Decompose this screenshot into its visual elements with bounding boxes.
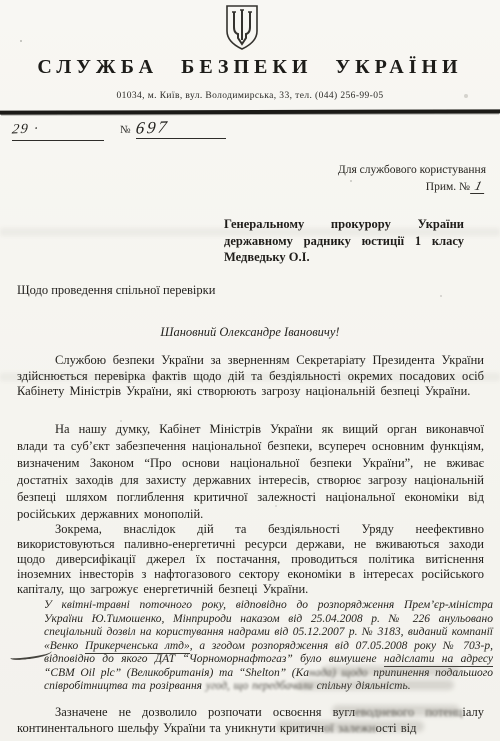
organization-name: СЛУЖБА БЕЗПЕКИ УКРАЇНИ — [0, 56, 500, 79]
addressee-line-name: Медведьку О.І. — [224, 249, 464, 266]
handwritten-date: 29 · — [11, 122, 40, 139]
classification-block: Для службового користування Прим. №1 — [338, 163, 486, 195]
subject-line: Щодо проведення спільної перевірки — [17, 283, 215, 298]
addressee-line-title: Генеральному прокурору України — [224, 216, 464, 233]
text-segment: Прикерченська лтд» — [85, 640, 190, 654]
scan-smudge — [296, 680, 454, 690]
handwritten-number-field: 697 — [136, 118, 226, 139]
text-segment: “CBM Oil plc” (Великобританія) та “Shelt… — [44, 667, 309, 679]
body-paragraph-1: Службою безпеки України за зверненням Се… — [17, 353, 484, 400]
text-segment: Зазначене не дозволило розпочати освоєнн… — [55, 705, 355, 719]
text-segment: надіслати на адресу — [384, 653, 493, 667]
body-paragraph-3: Зокрема, внаслідок дій та бездіяльності … — [17, 522, 484, 597]
body-paragraph-2: На нашу думку, Кабінет Міністрів України… — [17, 421, 484, 523]
handwritten-copy-number: 1 — [470, 178, 488, 194]
copy-label: Прим. № — [426, 181, 470, 193]
copy-number-line: Прим. №1 — [338, 178, 486, 195]
ukraine-trident-emblem-icon — [219, 4, 265, 52]
scan-smudge — [332, 705, 460, 716]
number-sign: № — [120, 124, 131, 136]
reference-line: 29 ·№697 — [12, 118, 226, 141]
restriction-label: Для службового користування — [338, 163, 486, 178]
addressee-block: Генеральному прокурору України державном… — [224, 216, 464, 266]
handwritten-date-field: 29 · — [12, 121, 104, 141]
addressee-line-rank: державному раднику юстиції 1 класу — [224, 233, 464, 250]
scan-smudge — [322, 666, 460, 676]
scanned-letter-page: СЛУЖБА БЕЗПЕКИ УКРАЇНИ 01034, м. Київ, в… — [0, 0, 500, 741]
scan-smudge — [276, 721, 424, 732]
letterhead-divider-line — [0, 109, 500, 114]
letterhead-address: 01034, м. Київ, вул. Володимирська, 33, … — [0, 91, 500, 101]
salutation: Шановний Олександре Івановичу! — [0, 325, 500, 340]
handwritten-outgoing-number: 697 — [134, 117, 170, 138]
scan-noise — [20, 40, 22, 42]
